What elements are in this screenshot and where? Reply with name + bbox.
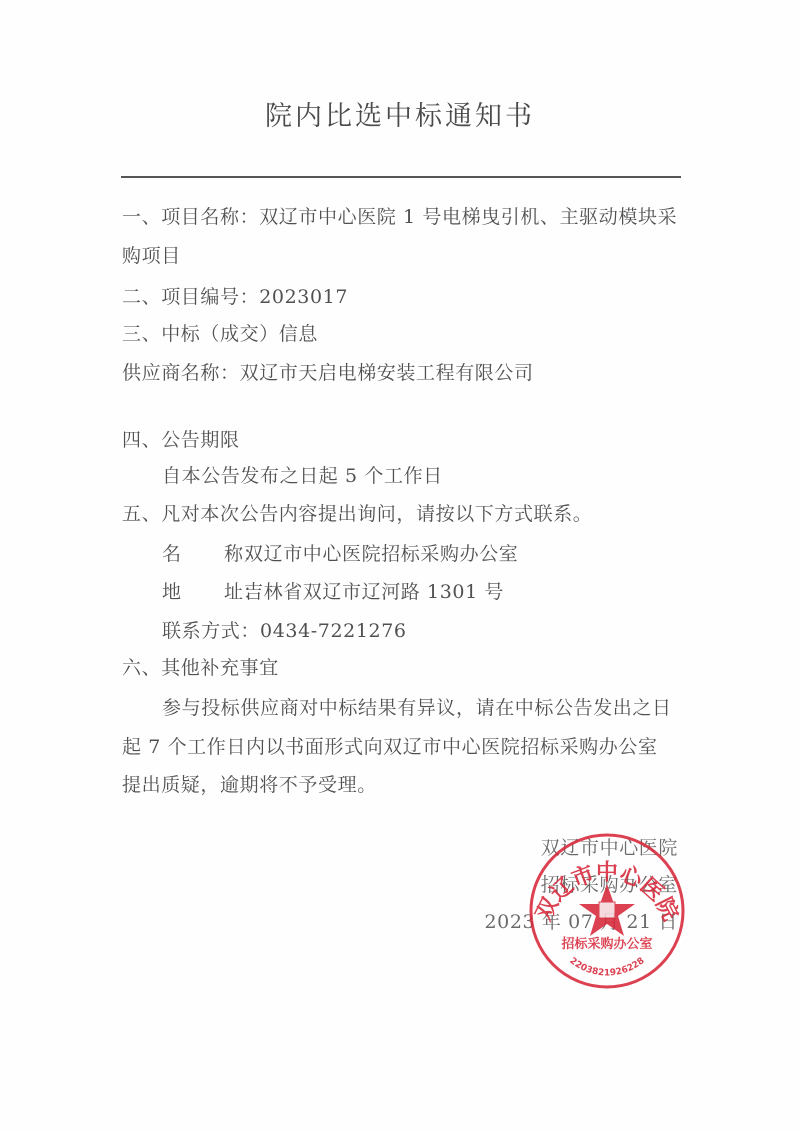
other-paragraph-line-2: 起 7 个工作日内以书面形式向双辽市中心医院招标采购办公室 xyxy=(122,735,658,759)
stamp-center-text: 招标采购办公室 xyxy=(561,936,652,952)
award-info-heading: 三、中标（成交）信息 xyxy=(122,322,318,346)
contact-name-value: 双辽市中心医院招标采购办公室 xyxy=(244,543,518,565)
contact-name-label: 名称： xyxy=(162,542,244,566)
notice-period-text: 自本公告发布之日起 5 个工作日 xyxy=(162,464,443,488)
contact-heading: 五、凡对本次公告内容提出询问，请按以下方式联系。 xyxy=(122,502,592,526)
contact-phone-value: 0434-7221276 xyxy=(260,620,407,642)
document-page: 院内比选中标通知书 一、项目名称：双辽市中心医院 1 号电梯曳引机、主驱动模块采… xyxy=(0,0,800,1131)
contact-phone-row: 联系方式：0434-7221276 xyxy=(162,619,407,643)
qr-code-icon xyxy=(599,902,615,918)
contact-address-value: 吉林省双辽市辽河路 1301 号 xyxy=(244,581,504,603)
supplier-name: 供应商名称：双辽市天启电梯安装工程有限公司 xyxy=(122,361,534,385)
other-paragraph-line-1: 参与投标供应商对中标结果有异议，请在中标公告发出之日 xyxy=(162,696,672,720)
project-number: 二、项目编号：2023017 xyxy=(122,285,348,309)
document-title: 院内比选中标通知书 xyxy=(0,94,800,133)
title-divider xyxy=(121,176,681,178)
stamp-code: 2203821926228 xyxy=(567,956,646,978)
official-seal-stamp: 双辽市中心医院 招标采购办公室 2203821926228 xyxy=(525,832,689,990)
contact-name-row: 名称：双辽市中心医院招标采购办公室 xyxy=(162,542,518,566)
notice-period-heading: 四、公告期限 xyxy=(122,428,240,452)
contact-phone-label: 联系方式： xyxy=(162,620,260,642)
project-name-line-1: 一、项目名称：双辽市中心医院 1 号电梯曳引机、主驱动模块采 xyxy=(122,205,677,229)
contact-address-row: 地址：吉林省双辽市辽河路 1301 号 xyxy=(162,580,504,604)
other-heading: 六、其他补充事宜 xyxy=(122,656,279,680)
other-paragraph-line-3: 提出质疑，逾期将不予受理。 xyxy=(122,773,377,797)
contact-address-label: 地址： xyxy=(162,580,244,604)
project-name-line-2: 购项目 xyxy=(122,244,181,268)
